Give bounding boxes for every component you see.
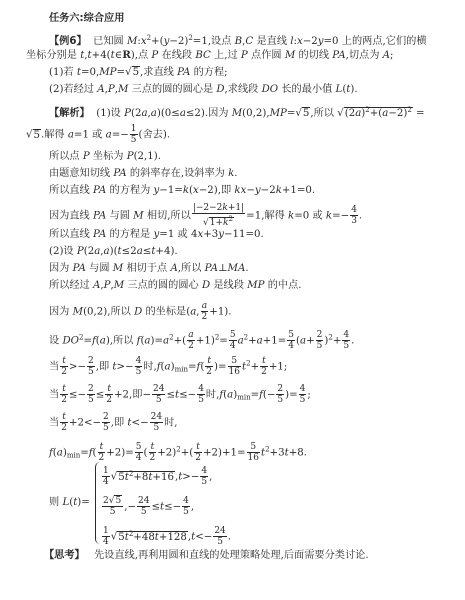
solution-tag: 【解析】 (49, 108, 90, 119)
example-line-1: 【例6】 已知圆 M:x2+(y−2)2=1,设点 B,C 是直线 l:x−2y… (49, 31, 427, 49)
piecewise-case-1: 14√5t2+8t+16,t>−45, (101, 466, 212, 487)
solution-line-12: 设 DO2=f(a),所以 f(a)=a2+(a2+1)2=54a2+a+1=5… (49, 330, 354, 351)
piecewise-brace (95, 462, 100, 544)
reflection-text: 先设直线,再利用圆和直线的处理策略处理,后面需要分类讨论. (94, 550, 369, 561)
fraction: 15 (130, 124, 138, 145)
question-1: (1)若 t=0,MP=√5,求直线 PA 的方程; (49, 66, 228, 80)
case-2: 当t2≤−25≤t2+2,即−245≤t≤−45时,f(a)min=f(−25)… (49, 384, 311, 405)
solution-line-5: 所以直线 PA 的方程为 y−1=k(x−2),即 kx−y−2k+1=0. (49, 184, 315, 198)
document-page: 任务六:综合应用 【例6】 已知圆 M:x2+(y−2)2=1,设点 B,C 是… (0, 0, 465, 600)
result-label: 则 L(t)= (49, 496, 90, 510)
reflection-tag: 【思考】 (44, 550, 85, 561)
section-title: 任务六:综合应用 (49, 12, 124, 26)
example-tag: 【例6】 (49, 36, 87, 47)
solution-line-10: 所以经过 A,P,M 三点的圆的圆心 D 是线段 MP 的中点. (49, 279, 302, 293)
solution-line-11: 因为 M(0,2),所以 D 的坐标是(a,a2+1). (49, 301, 232, 322)
solution-line-4: 由题意知切线 PA 的斜率存在,设斜率为 k. (49, 167, 238, 181)
solution-line-2: √5.解得 a=1 或 a=−15(舍去). (26, 124, 170, 145)
solution-line-1: 【解析】 (1)设 P(2a,a)(0≤a≤2).因为 M(0,2),MP=√5… (49, 103, 425, 121)
case-3: 当t2+2<−25,即 t<−245时, (49, 412, 178, 433)
solution-line-3: 所以点 P 坐标为 P(2,1). (49, 150, 161, 164)
piecewise-case-3: 14√5t2+48t+128,t<−245. (101, 526, 231, 547)
solution-line-6: 因为直线 PA 与圆 M 相切,所以|−2−2k+1|√1+k2=1,解得 k=… (49, 203, 362, 228)
piecewise-case-2: 2√55,−245≤t≤−45, (101, 496, 194, 517)
question-2: (2)若经过 A,P,M 三点的圆的圆心是 D,求线段 DO 长的最小值 L(t… (49, 83, 358, 97)
example-line-2: 坐标分别是 t,t+4(t∈R),点 P 在线段 BC 上,过 P 点作圆 M … (26, 48, 393, 63)
solution-line-8: (2)设 P(2a,a)(t≤2a≤t+4). (49, 245, 178, 259)
example-text-1: 已知圆 M:x2+(y−2)2=1,设点 B,C 是直线 l:x−2y=0 上的… (90, 36, 427, 47)
solution-line-9: 因为 PA 与圆 M 相切于点 A,所以 PA⊥MA. (49, 262, 249, 276)
case-1: 当t2>−25,即 t>−45时,f(a)min=f(t2)=516t2+t2+… (49, 356, 287, 377)
solution-line-7: 所以直线 PA 的方程是 y=1 或 4x+3y−11=0. (49, 228, 264, 242)
case-3-result: f(a)min=f(t2+2)=54(t2+2)2+(t2+2)+1=516t2… (49, 442, 307, 463)
reflection: 【思考】 先设直线,再利用圆和直线的处理策略处理,后面需要分类讨论. (44, 549, 369, 563)
